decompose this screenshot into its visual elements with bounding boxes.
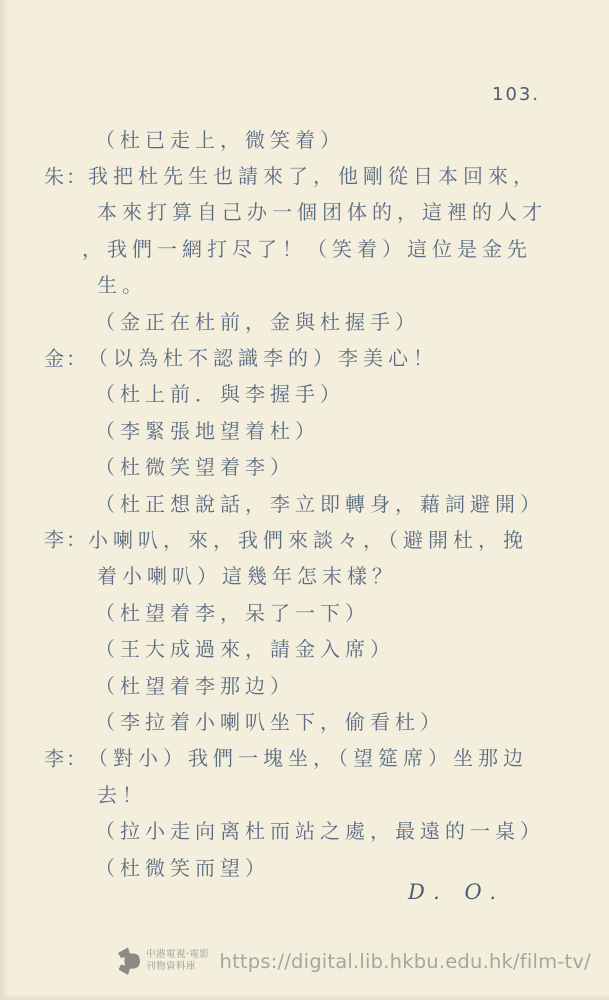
scanned-script-page: 103. （杜已走上，微笑着）朱：我把杜先生也請來了，他剛從日本回來，本來打算自…: [0, 0, 609, 1000]
script-line: 生。: [0, 266, 609, 302]
line-text: 生。: [0, 269, 147, 298]
script-line: （拉小走向离杜而站之處，最遠的一桌）: [0, 811, 609, 847]
script-line: 李：（對小）我們一塊坐，（望筵席）坐那边: [0, 739, 609, 775]
script-line: 李：小喇叭，來，我們來談々，（避開杜，挽: [0, 520, 609, 556]
script-line: （杜望着李，呆了一下）: [0, 593, 609, 629]
script-line: 去！: [0, 775, 609, 811]
speaker-label: 李：: [44, 524, 88, 553]
speaker-label: 金：: [44, 342, 88, 371]
line-text: （李拉着小喇叭坐下，偷看杜）: [0, 706, 445, 735]
line-text: （杜已走上，微笑着）: [0, 124, 345, 153]
line-text: （李緊張地望着杜）: [0, 415, 320, 444]
line-text: （王大成過來，請金入席）: [0, 633, 395, 662]
script-line: 朱：我把杜先生也請來了，他剛從日本回來，: [0, 156, 609, 192]
page-number: 103.: [492, 84, 540, 105]
line-text: （杜上前．與李握手）: [0, 378, 345, 407]
library-logo-text: 中港電視·電影 刊物資料庫: [146, 949, 210, 973]
script-line: （杜正想說話，李立即轉身，藉詞避開）: [0, 484, 609, 520]
line-text: ，我們一網打尽了！（笑着）這位是金先: [0, 233, 532, 262]
watermark-footer: 中港電視·電影 刊物資料庫 https://digital.lib.hkbu.e…: [117, 946, 591, 976]
line-text: （杜微笑而望）: [0, 852, 270, 881]
dissolve-out-mark: D. O.: [408, 880, 505, 904]
line-text: （杜望着李，呆了一下）: [0, 597, 370, 626]
scan-bottom-edge-shadow: [0, 994, 609, 1000]
line-text: （杜望着李那边）: [0, 670, 295, 699]
film-camera-logo-icon: [117, 946, 141, 976]
script-line: （金正在杜前，金與杜握手）: [0, 302, 609, 338]
script-line: ，我們一網打尽了！（笑着）這位是金先: [0, 229, 609, 265]
script-line: 着小喇叭）這幾年怎末樣？: [0, 557, 609, 593]
library-logo-line2: 刊物資料庫: [146, 961, 210, 973]
library-url-text: https://digital.lib.hkbu.edu.hk/film-tv/: [220, 950, 591, 973]
script-body: （杜已走上，微笑着）朱：我把杜先生也請來了，他剛從日本回來，本來打算自己办一個团…: [0, 120, 609, 884]
script-line: （杜望着李那边）: [0, 666, 609, 702]
line-text: （杜微笑望着李）: [0, 451, 295, 480]
line-text: 着小喇叭）這幾年怎末樣？: [0, 560, 397, 589]
line-text: （拉小走向离杜而站之處，最遠的一桌）: [0, 815, 545, 844]
speaker-label: 朱：: [44, 160, 88, 189]
line-text: 去！: [0, 779, 147, 808]
script-line: （杜上前．與李握手）: [0, 375, 609, 411]
script-line: （王大成過來，請金入席）: [0, 629, 609, 665]
script-line: （杜微笑望着李）: [0, 448, 609, 484]
speaker-label: 李：: [44, 742, 88, 771]
library-logo-line1: 中港電視·電影: [146, 949, 210, 961]
script-line: （杜微笑而望）: [0, 848, 609, 884]
script-line: 金：（以為杜不認識李的）李美心！: [0, 338, 609, 374]
script-line: （李拉着小喇叭坐下，偷看杜）: [0, 702, 609, 738]
script-line: （李緊張地望着杜）: [0, 411, 609, 447]
line-text: 本來打算自己办一個团体的，這裡的人才: [0, 196, 547, 225]
line-text: （杜正想說話，李立即轉身，藉詞避開）: [0, 488, 545, 517]
script-line: 本來打算自己办一個团体的，這裡的人才: [0, 193, 609, 229]
script-line: （杜已走上，微笑着）: [0, 120, 609, 156]
line-text: （金正在杜前，金與杜握手）: [0, 306, 420, 335]
